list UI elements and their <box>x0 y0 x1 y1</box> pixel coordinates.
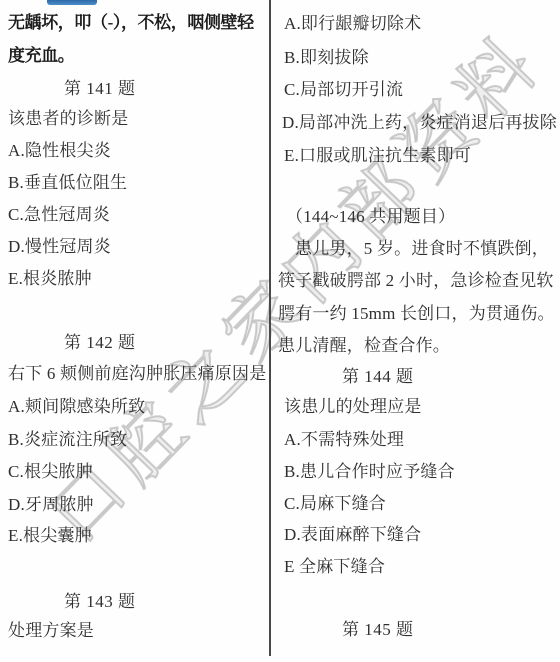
question-142-option-a: A.颊间隙感染所致 <box>8 396 145 417</box>
question-142-option-d: D.牙周脓肿 <box>8 494 94 515</box>
question-142-option-b: B.炎症流注所致 <box>8 429 127 450</box>
question-144-option-b: B.患儿合作时应予缝合 <box>284 461 455 482</box>
intro-text-line1: 无龋坏，叩（-），不松，咽侧壁轻 <box>8 12 254 33</box>
intro-text-line2: 度充血。 <box>8 45 74 66</box>
question-143-option-d: D.局部冲洗上药，炎症消退后再拔除 <box>282 112 557 133</box>
question-141-option-c: C.急性冠周炎 <box>8 204 110 225</box>
question-143-stem: 处理方案是 <box>8 620 94 641</box>
question-143-option-c: C.局部切开引流 <box>284 79 403 100</box>
question-142-stem: 右下 6 颊侧前庭沟肿胀压痛原因是 <box>8 363 266 384</box>
question-144-option-e: E 全麻下缝合 <box>284 556 385 577</box>
exam-page: 口腔之家内部资料 无龋坏，叩（-），不松，咽侧壁轻 度充血。 第 141 题 该… <box>0 0 560 662</box>
question-142-option-c: C.根尖脓肿 <box>8 461 93 482</box>
case-text-line2: 筷子戳破腭部 2 小时，急诊检查见软 <box>278 270 554 291</box>
question-141-option-d: D.慢性冠周炎 <box>8 236 111 257</box>
question-143-option-b: B.即刻拔除 <box>284 47 369 68</box>
question-143-option-a: A.即行龈瓣切除术 <box>284 13 421 34</box>
question-142-title: 第 142 题 <box>64 332 136 353</box>
question-143-option-e: E.口服或肌注抗生素即可 <box>284 145 471 166</box>
question-141-stem: 该患者的诊断是 <box>8 108 128 129</box>
question-141-option-e: E.根炎脓肿 <box>8 268 92 289</box>
question-142-option-e: E.根尖囊肿 <box>8 525 92 546</box>
column-divider <box>269 0 271 656</box>
question-144-title: 第 144 题 <box>342 366 414 387</box>
top-accent-bar <box>47 0 97 5</box>
case-text-line3: 腭有一约 15mm 长创口，为贯通伤。 <box>278 303 555 324</box>
question-144-option-d: D.表面麻醉下缝合 <box>284 524 421 545</box>
case-text-line1: 患儿男，5 岁。进食时不慎跌倒， <box>295 238 549 259</box>
question-144-stem: 该患儿的处理应是 <box>284 396 422 417</box>
question-144-option-a: A.不需特殊处理 <box>284 429 404 450</box>
shared-questions-header: （144~146 共用题目） <box>286 206 455 227</box>
question-143-title: 第 143 题 <box>64 591 136 612</box>
question-141-option-b: B.垂直低位阻生 <box>8 172 127 193</box>
question-141-option-a: A.隐性根尖炎 <box>8 140 111 161</box>
question-145-title: 第 145 题 <box>342 619 414 640</box>
question-141-title: 第 141 题 <box>64 78 136 99</box>
case-text-line4: 患儿清醒，检查合作。 <box>278 335 450 356</box>
question-144-option-c: C.局麻下缝合 <box>284 493 386 514</box>
